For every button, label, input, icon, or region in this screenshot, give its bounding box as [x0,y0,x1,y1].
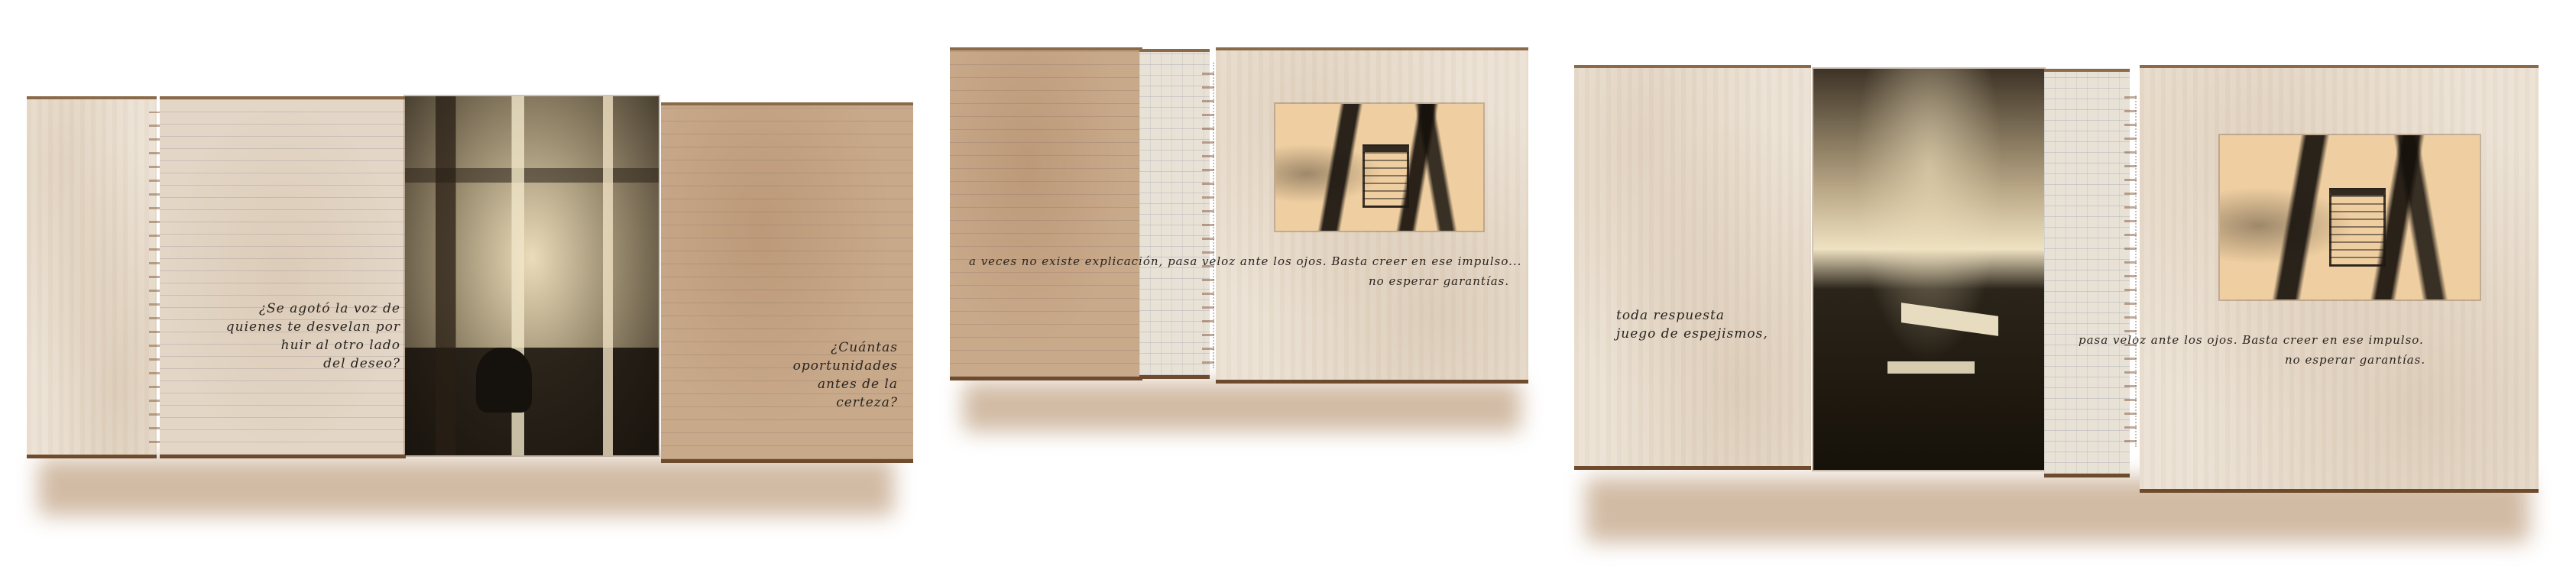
book-3: toda respuesta juego de espejismos, pasa… [1574,65,2539,493]
book-2-torn-grid-page [1139,49,1210,379]
book-1-cover-left [27,96,157,458]
book-3-right-page [2140,65,2539,493]
potted-plant [476,348,532,413]
book-2-left-page [950,47,1142,380]
park-table [1901,303,1998,336]
book-1: ¿Se agotó la voz de quienes te desvelan … [27,96,913,463]
book-3-grid-page [2044,69,2130,477]
treehouse [1363,144,1408,208]
book-3-left-handwriting: toda respuesta juego de espejismos, [1616,306,1807,343]
book-1-window-photo [405,96,659,455]
book-3-spiral-edge [2124,95,2137,447]
book-3-park-photo [1813,69,2044,470]
park-bench [1887,361,1975,374]
book-2: a veces no existe explicación, pasa velo… [950,47,1528,384]
book-2-shadow [963,382,1521,432]
book-2-handwriting-line-2: no esperar garantías. [1369,272,1521,290]
book-2-spiral-edge [1202,63,1214,368]
treehouse [2329,188,2386,267]
book-3-handwriting-line-1: pasa veloz ante los ojos. Basta creer en… [2079,331,2537,349]
book-1-shadow [38,458,894,516]
book-1-left-page: ¿Se agotó la voz de quienes te desvelan … [160,96,406,458]
book-2-handwriting-line-1: a veces no existe explicación, pasa velo… [969,252,1527,270]
book-1-left-handwriting: ¿Se agotó la voz de quienes te desvelan … [202,299,400,373]
book-2-treehouse-photo [1275,104,1483,231]
book-3-left-page: toda respuesta juego de espejismos, [1574,65,1811,470]
book-3-treehouse-photo [2220,135,2480,299]
book-1-right-handwriting: ¿Cuántas oportunidades antes de la certe… [722,338,898,412]
book-2-right-page [1216,47,1528,384]
book-3-handwriting-line-2: no esperar garantías. [2285,351,2453,369]
book-1-right-page: ¿Cuántas oportunidades antes de la certe… [661,102,913,463]
